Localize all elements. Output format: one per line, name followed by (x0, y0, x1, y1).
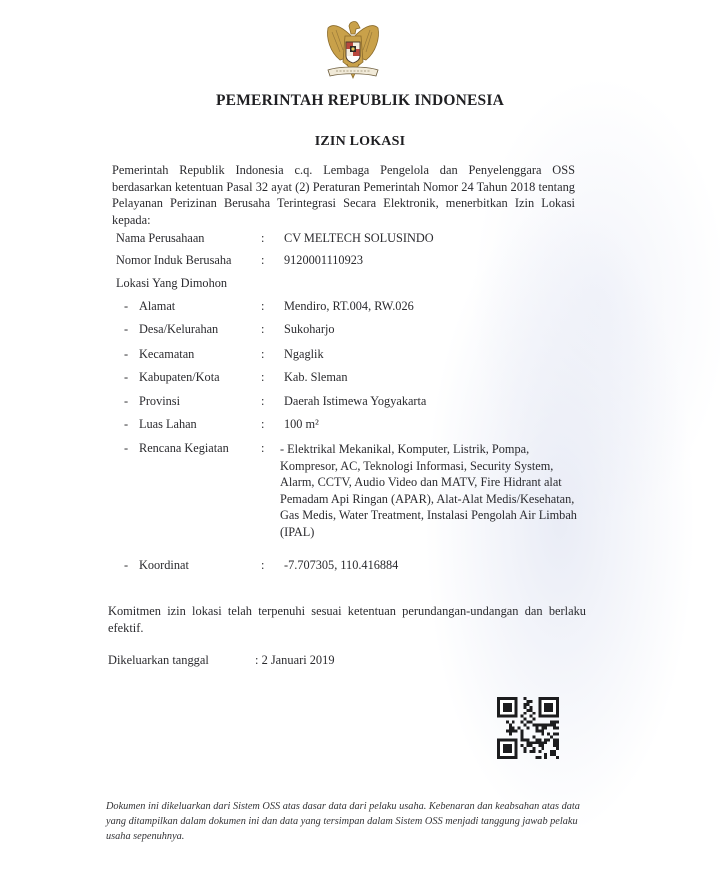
field-value: Mendiro, RT.004, RW.026 (284, 299, 414, 314)
field-colon: : (261, 417, 264, 432)
field-value: Sukoharjo (284, 322, 335, 337)
field-label: -Desa/Kelurahan (124, 322, 218, 337)
field-colon: : (261, 322, 264, 337)
field-label: -Koordinat (124, 558, 189, 573)
field-label: Lokasi Yang Dimohon (116, 276, 227, 291)
field-colon: : (261, 299, 264, 314)
field-colon: : (261, 253, 264, 268)
field-value: 100 m² (284, 417, 319, 432)
field-value: -7.707305, 110.416884 (284, 558, 398, 573)
field-label: -Alamat (124, 299, 175, 314)
field-label: -Provinsi (124, 394, 180, 409)
document-title: IZIN LOKASI (0, 134, 720, 150)
field-colon: : (261, 231, 264, 246)
issued-date-value: : 2 Januari 2019 (255, 653, 335, 668)
field-value: Daerah Istimewa Yogyakarta (284, 394, 426, 409)
field-value: - Elektrikal Mekanikal, Komputer, Listri… (280, 441, 580, 541)
field-value: Kab. Sleman (284, 370, 348, 385)
field-label: -Kabupaten/Kota (124, 370, 220, 385)
field-value: CV MELTECH SOLUSINDO (284, 231, 434, 246)
field-colon: : (261, 347, 264, 362)
closing-statement: Komitmen izin lokasi telah terpenuhi ses… (108, 603, 586, 636)
field-colon: : (261, 394, 264, 409)
government-title: PEMERINTAH REPUBLIK INDONESIA (0, 92, 720, 110)
field-colon: : (261, 441, 264, 456)
field-value: Ngaglik (284, 347, 324, 362)
field-label: -Kecamatan (124, 347, 194, 362)
garuda-pancasila-emblem-icon (322, 18, 384, 84)
field-label: Nama Perusahaan (116, 231, 204, 246)
qr-code-icon[interactable] (497, 697, 559, 759)
field-colon: : (261, 370, 264, 385)
field-colon: : (261, 558, 264, 573)
field-label: Nomor Induk Berusaha (116, 253, 231, 268)
field-label: -Luas Lahan (124, 417, 197, 432)
intro-paragraph: Pemerintah Republik Indonesia c.q. Lemba… (112, 162, 575, 228)
disclaimer-footer: Dokumen ini dikeluarkan dari Sistem OSS … (106, 799, 596, 844)
field-value: 9120001110923 (284, 253, 363, 268)
field-label: -Rencana Kegiatan (124, 441, 229, 456)
issued-date-label: Dikeluarkan tanggal (108, 653, 248, 668)
